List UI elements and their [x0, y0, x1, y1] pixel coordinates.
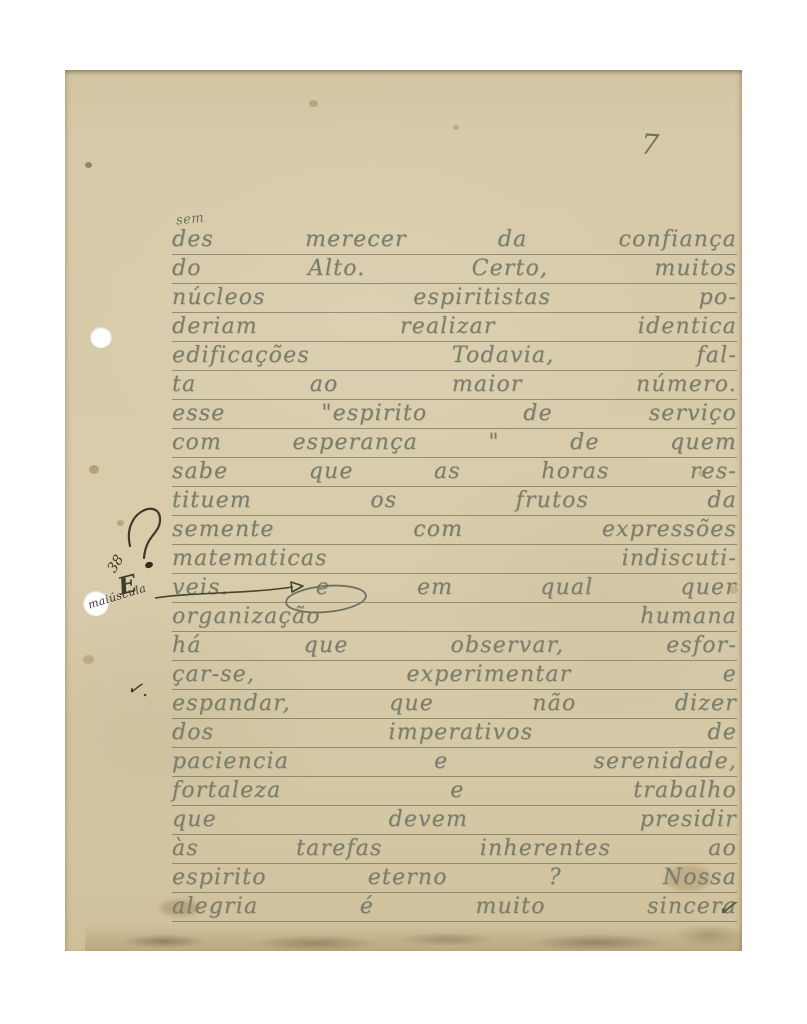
stain	[83, 655, 94, 664]
manuscript-line: dos imperativos de	[172, 719, 737, 748]
scanned-document: 7 sem des merecer da confiançado Alto. C…	[0, 0, 807, 1024]
margin-checkmark: ✓.	[126, 677, 151, 702]
manuscript-line: fortaleza e trabalho	[172, 777, 737, 806]
manuscript-line: tituem os frutos da	[172, 487, 737, 516]
manuscript-line: núcleos espiritistas po-	[172, 284, 737, 313]
manuscript-line: sabe que as horas res-	[172, 458, 737, 487]
margin-note: maiúscula	[86, 581, 147, 611]
manuscript-line: des merecer da confiança	[172, 226, 737, 255]
manuscript-line: com esperança " de quem	[172, 429, 737, 458]
manuscript-paper: 7 sem des merecer da confiançado Alto. C…	[65, 70, 742, 951]
manuscript-line: edificações Todavia, fal-	[172, 342, 737, 371]
punch-hole-top	[90, 326, 112, 348]
manuscript-line: que devem presidir	[172, 806, 737, 835]
ink-dot-icon	[144, 561, 154, 569]
manuscript-line: çar-se, experimentar e	[172, 661, 737, 690]
hook-mark-icon	[120, 498, 168, 566]
manuscript-line: do Alto. Certo, muitos	[172, 255, 737, 284]
manuscript-line: ta ao maior número.	[172, 371, 737, 400]
manuscript-line: matematicas indiscuti-	[172, 545, 737, 574]
manuscript-line: há que observar, esfor-	[172, 632, 737, 661]
manuscript-line: semente com expressões	[172, 516, 737, 545]
manuscript-line: paciencia e serenidade,	[172, 748, 737, 777]
stain	[89, 465, 99, 474]
manuscript-line: deriam realizar identica	[172, 313, 737, 342]
manuscript-line: às tarefas inherentes ao	[172, 835, 737, 864]
manuscript-text: des merecer da confiançado Alto. Certo, …	[172, 226, 737, 922]
manuscript-line: alegria é muito sincera	[172, 893, 737, 922]
stain	[117, 520, 124, 526]
manuscript-line: organização humana	[172, 603, 737, 632]
bottom-checkmark: ✓	[716, 893, 739, 923]
manuscript-line: espirito eterno ? Nossa	[172, 864, 737, 893]
manuscript-line: esse "espirito de serviço	[172, 400, 737, 429]
page-number: 7	[640, 127, 660, 161]
stain	[453, 125, 459, 130]
manuscript-line: espandar, que não dizer	[172, 690, 737, 719]
stain	[85, 162, 92, 168]
manuscript-line: veis. e em qual quer	[172, 574, 737, 603]
stain	[309, 100, 318, 107]
